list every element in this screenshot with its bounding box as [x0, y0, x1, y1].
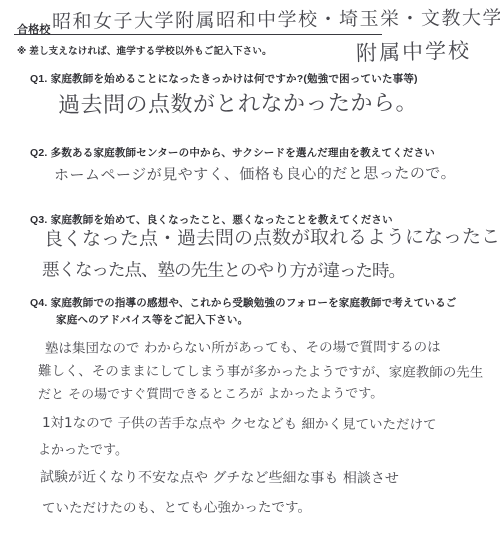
q4-answer-line-4: 1対1なので 子供の苦手な点や クセなども 細かく見ていただけて	[42, 411, 437, 433]
questionnaire-page: 合格校 昭和女子大学附属昭和中学校・埼玉栄・文教大学 附属中学校 ※ 差し支えな…	[0, 0, 500, 555]
pass-school-value-line-2: 附属中学校	[356, 34, 472, 67]
q4-prompt-line-1: Q4. 家庭教師での指導の感想や、これから受験勉強のフォローを家庭教師で考えてい…	[30, 295, 457, 310]
q4-answer-line-6: 試験が近くなり不安な点や グチなど些細な事も 相談させ	[40, 466, 399, 487]
q3-answer-line-2: 悪くなった点、塾の先生とのやり方が違った時。	[42, 256, 405, 282]
pass-school-value-line-1: 昭和女子大学附属昭和中学校・埼玉栄・文教大学	[52, 3, 500, 34]
q1-prompt: Q1. 家庭教師を始めることになったきっかけは何ですか?(勉強で困っていた事等)	[30, 71, 418, 86]
q3-answer-line-1: 良くなった点・過去問の点数が取れるようになったこ	[44, 222, 500, 251]
q2-prompt: Q2. 多数ある家庭教師センターの中から、サクシードを選んだ理由を教えてください	[30, 145, 435, 160]
q4-answer-line-7: ていただけたのも、とても心強かったです。	[42, 496, 311, 517]
q4-answer-line-1: 塾は集団なので わからない所があっても、その場で質問するのは	[45, 335, 441, 356]
q2-answer-line-1: ホームページが見やすく、価格も良心的だと思ったので。	[54, 162, 456, 185]
q1-answer-line-1: 過去問の点数がとれなかったから。	[58, 86, 418, 120]
q4-answer-line-5: よかったです。	[38, 439, 128, 458]
pass-school-label: 合格校	[17, 21, 51, 37]
pass-school-footnote: ※ 差し支えなければ、進学する学校以外もご記入下さい。	[17, 43, 272, 57]
pass-school-answer-line-rule	[14, 34, 382, 35]
q4-answer-line-2: 難しく、そのままにしてしまう事が多かったようですが、家庭教師の先生	[38, 359, 483, 381]
q4-prompt-line-2: 家庭へのアドバイス等をご記入下さい。	[56, 312, 248, 327]
q4-answer-line-3: だと その場ですぐ質問できるところが よかったようです。	[38, 382, 383, 402]
